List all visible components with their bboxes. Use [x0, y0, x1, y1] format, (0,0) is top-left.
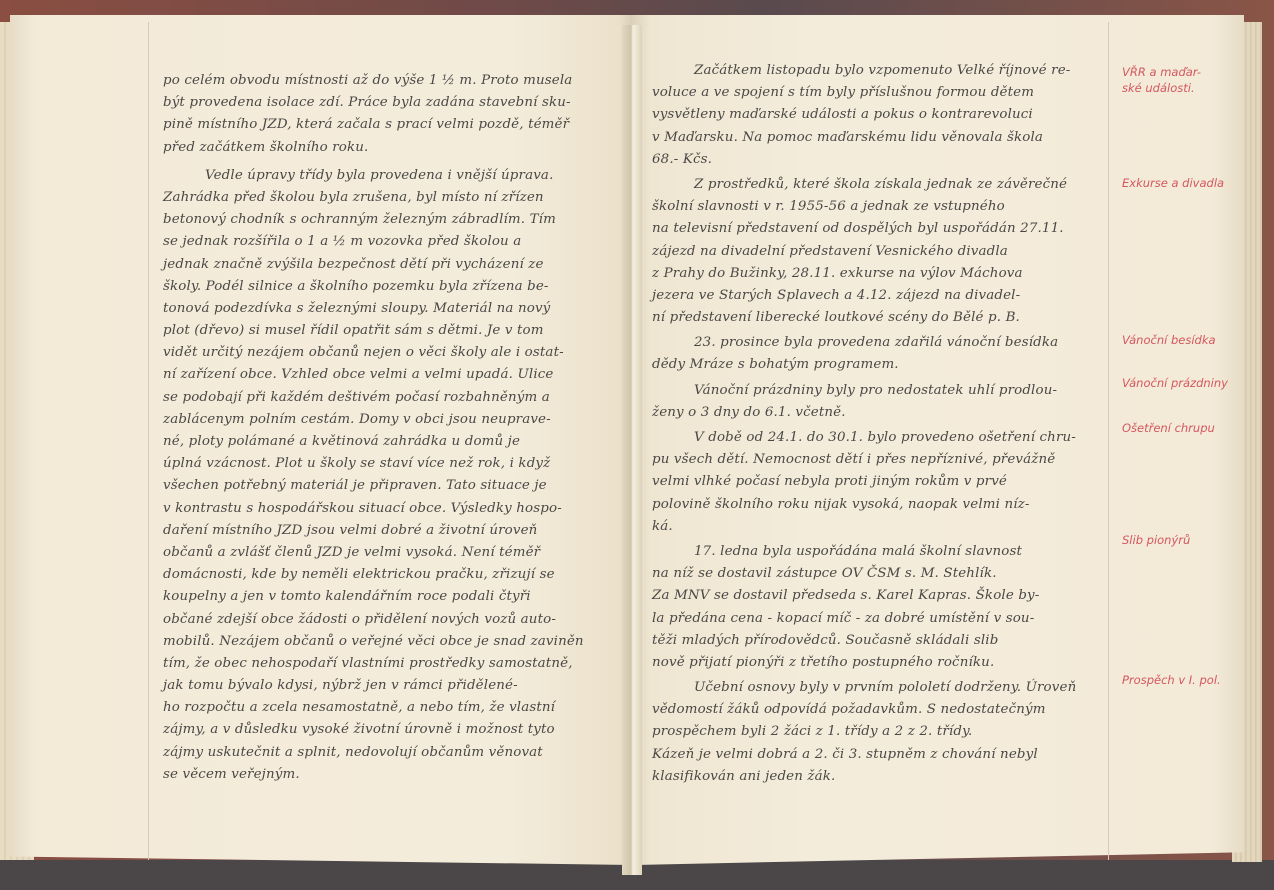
- margin-note-line: VŘR a maďar-: [1122, 64, 1201, 80]
- left-margin-rule: [148, 22, 149, 860]
- text-line: v kontrastu s hospodářskou situací obce.…: [163, 498, 584, 520]
- text-line: velmi vlhké počasí nebyla proti jiným ro…: [652, 471, 1076, 493]
- text-line: nově přijatí pionýři z třetího postupnéh…: [652, 652, 1076, 674]
- text-line: 23. prosince byla provedena zdařilá váno…: [652, 332, 1076, 354]
- text-line: plot (dřevo) si musel řídil opatřit sám …: [163, 320, 584, 342]
- text-line: Za MNV se dostavil předseda s. Karel Kap…: [652, 585, 1076, 607]
- margin-note-line: Vánoční besídka: [1122, 332, 1216, 348]
- margin-note: Prospěch v I. pol.: [1122, 672, 1221, 688]
- text-line: la předána cena - kopací míč - za dobré …: [652, 608, 1076, 630]
- text-line: jak tomu bývalo kdysi, nýbrž jen v rámci…: [163, 675, 584, 697]
- text-line: zájmy, a v důsledku vysoké životní úrovn…: [163, 719, 584, 741]
- text-line: se věcem veřejným.: [163, 764, 584, 786]
- text-line: občané zdejší obce žádosti o přidělení n…: [163, 609, 584, 631]
- text-line: pu všech dětí. Nemocnost dětí i přes nep…: [652, 449, 1076, 471]
- text-line: občanů a zvlášť členů JZD je velmi vysok…: [163, 542, 584, 564]
- text-line: jezera ve Starých Splavech a 4.12. zájez…: [652, 285, 1076, 307]
- text-line: tím, že obec nehospodaří vlastními prost…: [163, 653, 584, 675]
- text-line: Vánoční prázdniny byly pro nedostatek uh…: [652, 380, 1076, 402]
- text-line: vidět určitý nezájem občanů nejen o věci…: [163, 342, 584, 364]
- text-line: z Prahy do Bužinky, 28.11. exkurse na vý…: [652, 263, 1076, 285]
- margin-note: Vánoční prázdniny: [1122, 375, 1228, 391]
- text-line: před začátkem školního roku.: [163, 137, 584, 159]
- text-line: na níž se dostavil zástupce OV ČSM s. M.…: [652, 563, 1076, 585]
- margin-note-line: Ošetření chrupu: [1122, 420, 1215, 436]
- paragraph: po celém obvodu místnosti až do výše 1 ½…: [163, 70, 584, 159]
- text-line: Vedle úpravy třídy byla provedena i vněj…: [163, 165, 584, 187]
- text-line: ho rozpočtu a zcela nesamostatně, a nebo…: [163, 697, 584, 719]
- text-line: polovině školního roku nijak vysoká, nao…: [652, 494, 1076, 516]
- text-line: zablácenym polním cestám. Domy v obci js…: [163, 409, 584, 431]
- margin-note: Exkurse a divadla: [1122, 175, 1224, 191]
- text-line: školní slavnosti v r. 1955-56 a jednak z…: [652, 196, 1076, 218]
- paragraph: Vánoční prázdniny byly pro nedostatek uh…: [652, 380, 1076, 424]
- book-gutter: [622, 25, 642, 875]
- text-line: Začátkem listopadu bylo vzpomenuto Velké…: [652, 60, 1076, 82]
- text-line: úplná vzácnost. Plot u školy se staví ví…: [163, 453, 584, 475]
- paragraph: 17. ledna byla uspořádána malá školní sl…: [652, 541, 1076, 674]
- text-line: zájezd na divadelní představení Vesnické…: [652, 241, 1076, 263]
- right-margin-rule: [1108, 22, 1109, 860]
- text-line: po celém obvodu místnosti až do výše 1 ½…: [163, 70, 584, 92]
- right-page-text: Začátkem listopadu bylo vzpomenuto Velké…: [652, 60, 1076, 788]
- text-line: ní představení liberecké loutkové scény …: [652, 307, 1076, 329]
- text-line: né, ploty polámané a květinová zahrádka …: [163, 431, 584, 453]
- text-line: na televisní představení od dospělých by…: [652, 218, 1076, 240]
- text-line: těži mladých přírodovědců. Současně sklá…: [652, 630, 1076, 652]
- margin-note: Ošetření chrupu: [1122, 420, 1215, 436]
- text-line: voluce a ve spojení s tím byly příslušno…: [652, 82, 1076, 104]
- paragraph: Z prostředků, které škola získala jednak…: [652, 174, 1076, 329]
- text-line: koupelny a jen v tomto kalendářním roce …: [163, 586, 584, 608]
- text-line: Zahrádka před školou byla zrušena, byl m…: [163, 187, 584, 209]
- text-line: vědomostí žáků odpovídá požadavkům. S ne…: [652, 699, 1076, 721]
- text-line: domácnosti, kde by neměli elektrickou pr…: [163, 564, 584, 586]
- text-line: V době od 24.1. do 30.1. bylo provedeno …: [652, 427, 1076, 449]
- paragraph: Začátkem listopadu bylo vzpomenuto Velké…: [652, 60, 1076, 171]
- text-line: pině místního JZD, která začala s prací …: [163, 114, 584, 136]
- text-line: být provedena isolace zdí. Práce byla za…: [163, 92, 584, 114]
- left-page-text: po celém obvodu místnosti až do výše 1 ½…: [163, 70, 584, 786]
- text-line: všechen potřebný materiál je připraven. …: [163, 475, 584, 497]
- margin-note-line: Exkurse a divadla: [1122, 175, 1224, 191]
- margin-note-line: Vánoční prázdniny: [1122, 375, 1228, 391]
- paragraph: V době od 24.1. do 30.1. bylo provedeno …: [652, 427, 1076, 538]
- text-line: betonový chodník s ochranným železným zá…: [163, 209, 584, 231]
- paragraph: 23. prosince byla provedena zdařilá váno…: [652, 332, 1076, 376]
- margin-note: Slib pionýrů: [1122, 532, 1190, 548]
- text-line: zájmy uskutečnit a splnit, nedovolují ob…: [163, 742, 584, 764]
- paragraph: Učební osnovy byly v prvním pololetí dod…: [652, 677, 1076, 788]
- margin-note: Vánoční besídka: [1122, 332, 1216, 348]
- text-line: v Maďarsku. Na pomoc maďarskému lidu věn…: [652, 127, 1076, 149]
- text-line: 68.- Kčs.: [652, 149, 1076, 171]
- text-line: Z prostředků, které škola získala jednak…: [652, 174, 1076, 196]
- text-line: se podobají při každém deštivém počasí r…: [163, 387, 584, 409]
- text-line: 17. ledna byla uspořádána malá školní sl…: [652, 541, 1076, 563]
- text-line: dědy Mráze s bohatým programem.: [652, 354, 1076, 376]
- margin-note-line: ské události.: [1122, 80, 1201, 96]
- text-line: ní zařízení obce. Vzhled obce velmi a ve…: [163, 364, 584, 386]
- text-line: Kázeň je velmi dobrá a 2. či 3. stupněm …: [652, 744, 1076, 766]
- text-line: školy. Podél silnice a školního pozemku …: [163, 276, 584, 298]
- text-line: daření místního JZD jsou velmi dobré a ž…: [163, 520, 584, 542]
- text-line: klasifikován ani jeden žák.: [652, 766, 1076, 788]
- text-line: prospěchem byli 2 žáci z 1. třídy a 2 z …: [652, 721, 1076, 743]
- text-line: ká.: [652, 516, 1076, 538]
- text-line: jednak značně zvýšila bezpečnost dětí př…: [163, 254, 584, 276]
- text-line: vysvětleny maďarské události a pokus o k…: [652, 104, 1076, 126]
- margin-note-line: Slib pionýrů: [1122, 532, 1190, 548]
- text-line: Učební osnovy byly v prvním pololetí dod…: [652, 677, 1076, 699]
- text-line: ženy o 3 dny do 6.1. včetně.: [652, 402, 1076, 424]
- text-line: tonová podezdívka s železnými sloupy. Ma…: [163, 298, 584, 320]
- text-line: se jednak rozšířila o 1 a ½ m vozovka př…: [163, 231, 584, 253]
- paragraph: Vedle úpravy třídy byla provedena i vněj…: [163, 165, 584, 786]
- margin-note-line: Prospěch v I. pol.: [1122, 672, 1221, 688]
- text-line: mobilů. Nezájem občanů o veřejné věci ob…: [163, 631, 584, 653]
- margin-note: VŘR a maďar-ské události.: [1122, 64, 1201, 96]
